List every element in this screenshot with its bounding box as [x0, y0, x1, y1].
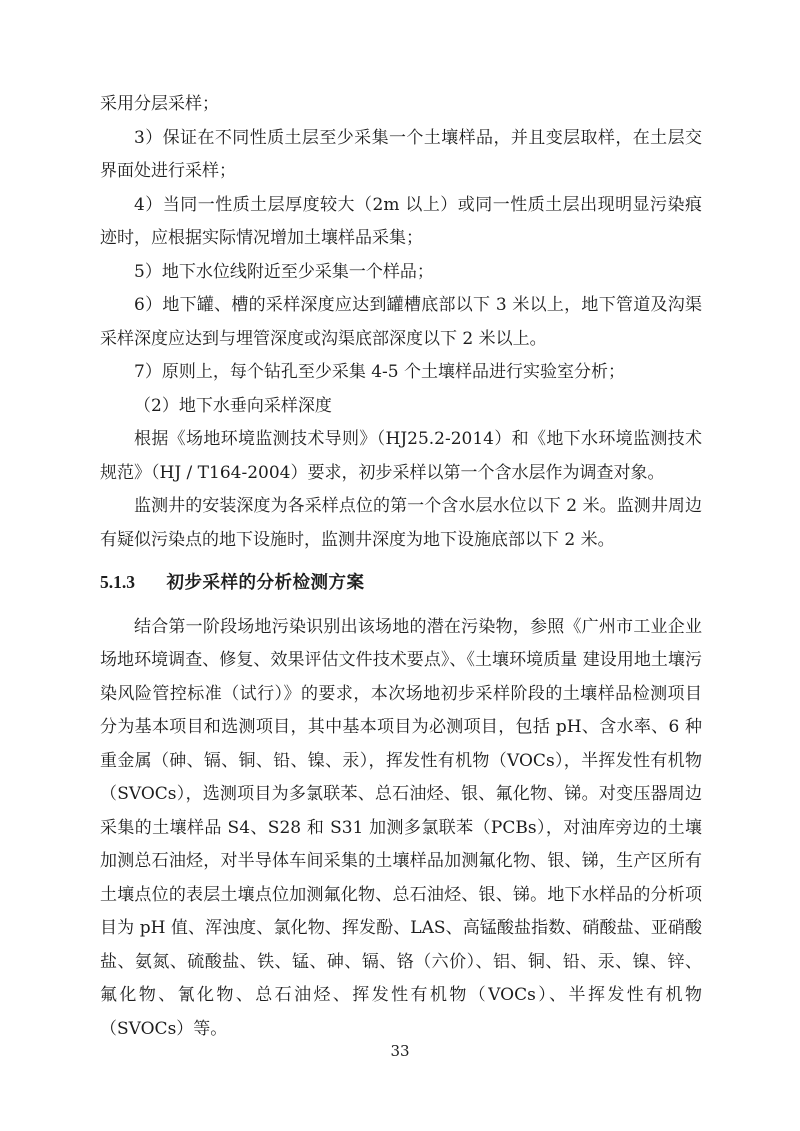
- section-number: 5.1.3: [100, 572, 135, 592]
- paragraph: 监测井的安装深度为各采样点位的第一个含水层水位以下 2 米。监测井周边有疑似污染…: [100, 490, 702, 557]
- document-page: 采用分层采样； 3）保证在不同性质土层至少采集一个土壤样品，并且变层取样，在土层…: [0, 0, 800, 1131]
- section-heading: 5.1.3初步采样的分析检测方案: [100, 566, 702, 601]
- list-item-5: 5）地下水位线附近至少采集一个样品；: [100, 256, 702, 290]
- paragraph-continuation: 采用分层采样；: [100, 88, 702, 122]
- list-item-4: 4）当同一性质土层厚度较大（2m 以上）或同一性质土层出现明显污染痕迹时，应根据…: [100, 189, 702, 256]
- paragraph: 结合第一阶段场地污染识别出该场地的潜在污染物，参照《广州市工业企业场地环境调查、…: [100, 611, 702, 1047]
- list-item-3: 3）保证在不同性质土层至少采集一个土壤样品，并且变层取样，在土层交界面处进行采样…: [100, 122, 702, 189]
- subsection-label: （2）地下水垂向采样深度: [100, 390, 702, 424]
- list-item-7: 7）原则上，每个钻孔至少采集 4-5 个土壤样品进行实验室分析；: [100, 356, 702, 390]
- page-number: 33: [390, 1042, 409, 1060]
- section-title: 初步采样的分析检测方案: [167, 572, 365, 592]
- list-item-6: 6）地下罐、槽的采样深度应达到罐槽底部以下 3 米以上，地下管道及沟渠采样深度应…: [100, 289, 702, 356]
- page-body: 采用分层采样； 3）保证在不同性质土层至少采集一个土壤样品，并且变层取样，在土层…: [100, 88, 702, 1046]
- paragraph: 根据《场地环境监测技术导则》（HJ25.2-2014）和《地下水环境监测技术规范…: [100, 423, 702, 490]
- page-footer: 33: [0, 1042, 800, 1060]
